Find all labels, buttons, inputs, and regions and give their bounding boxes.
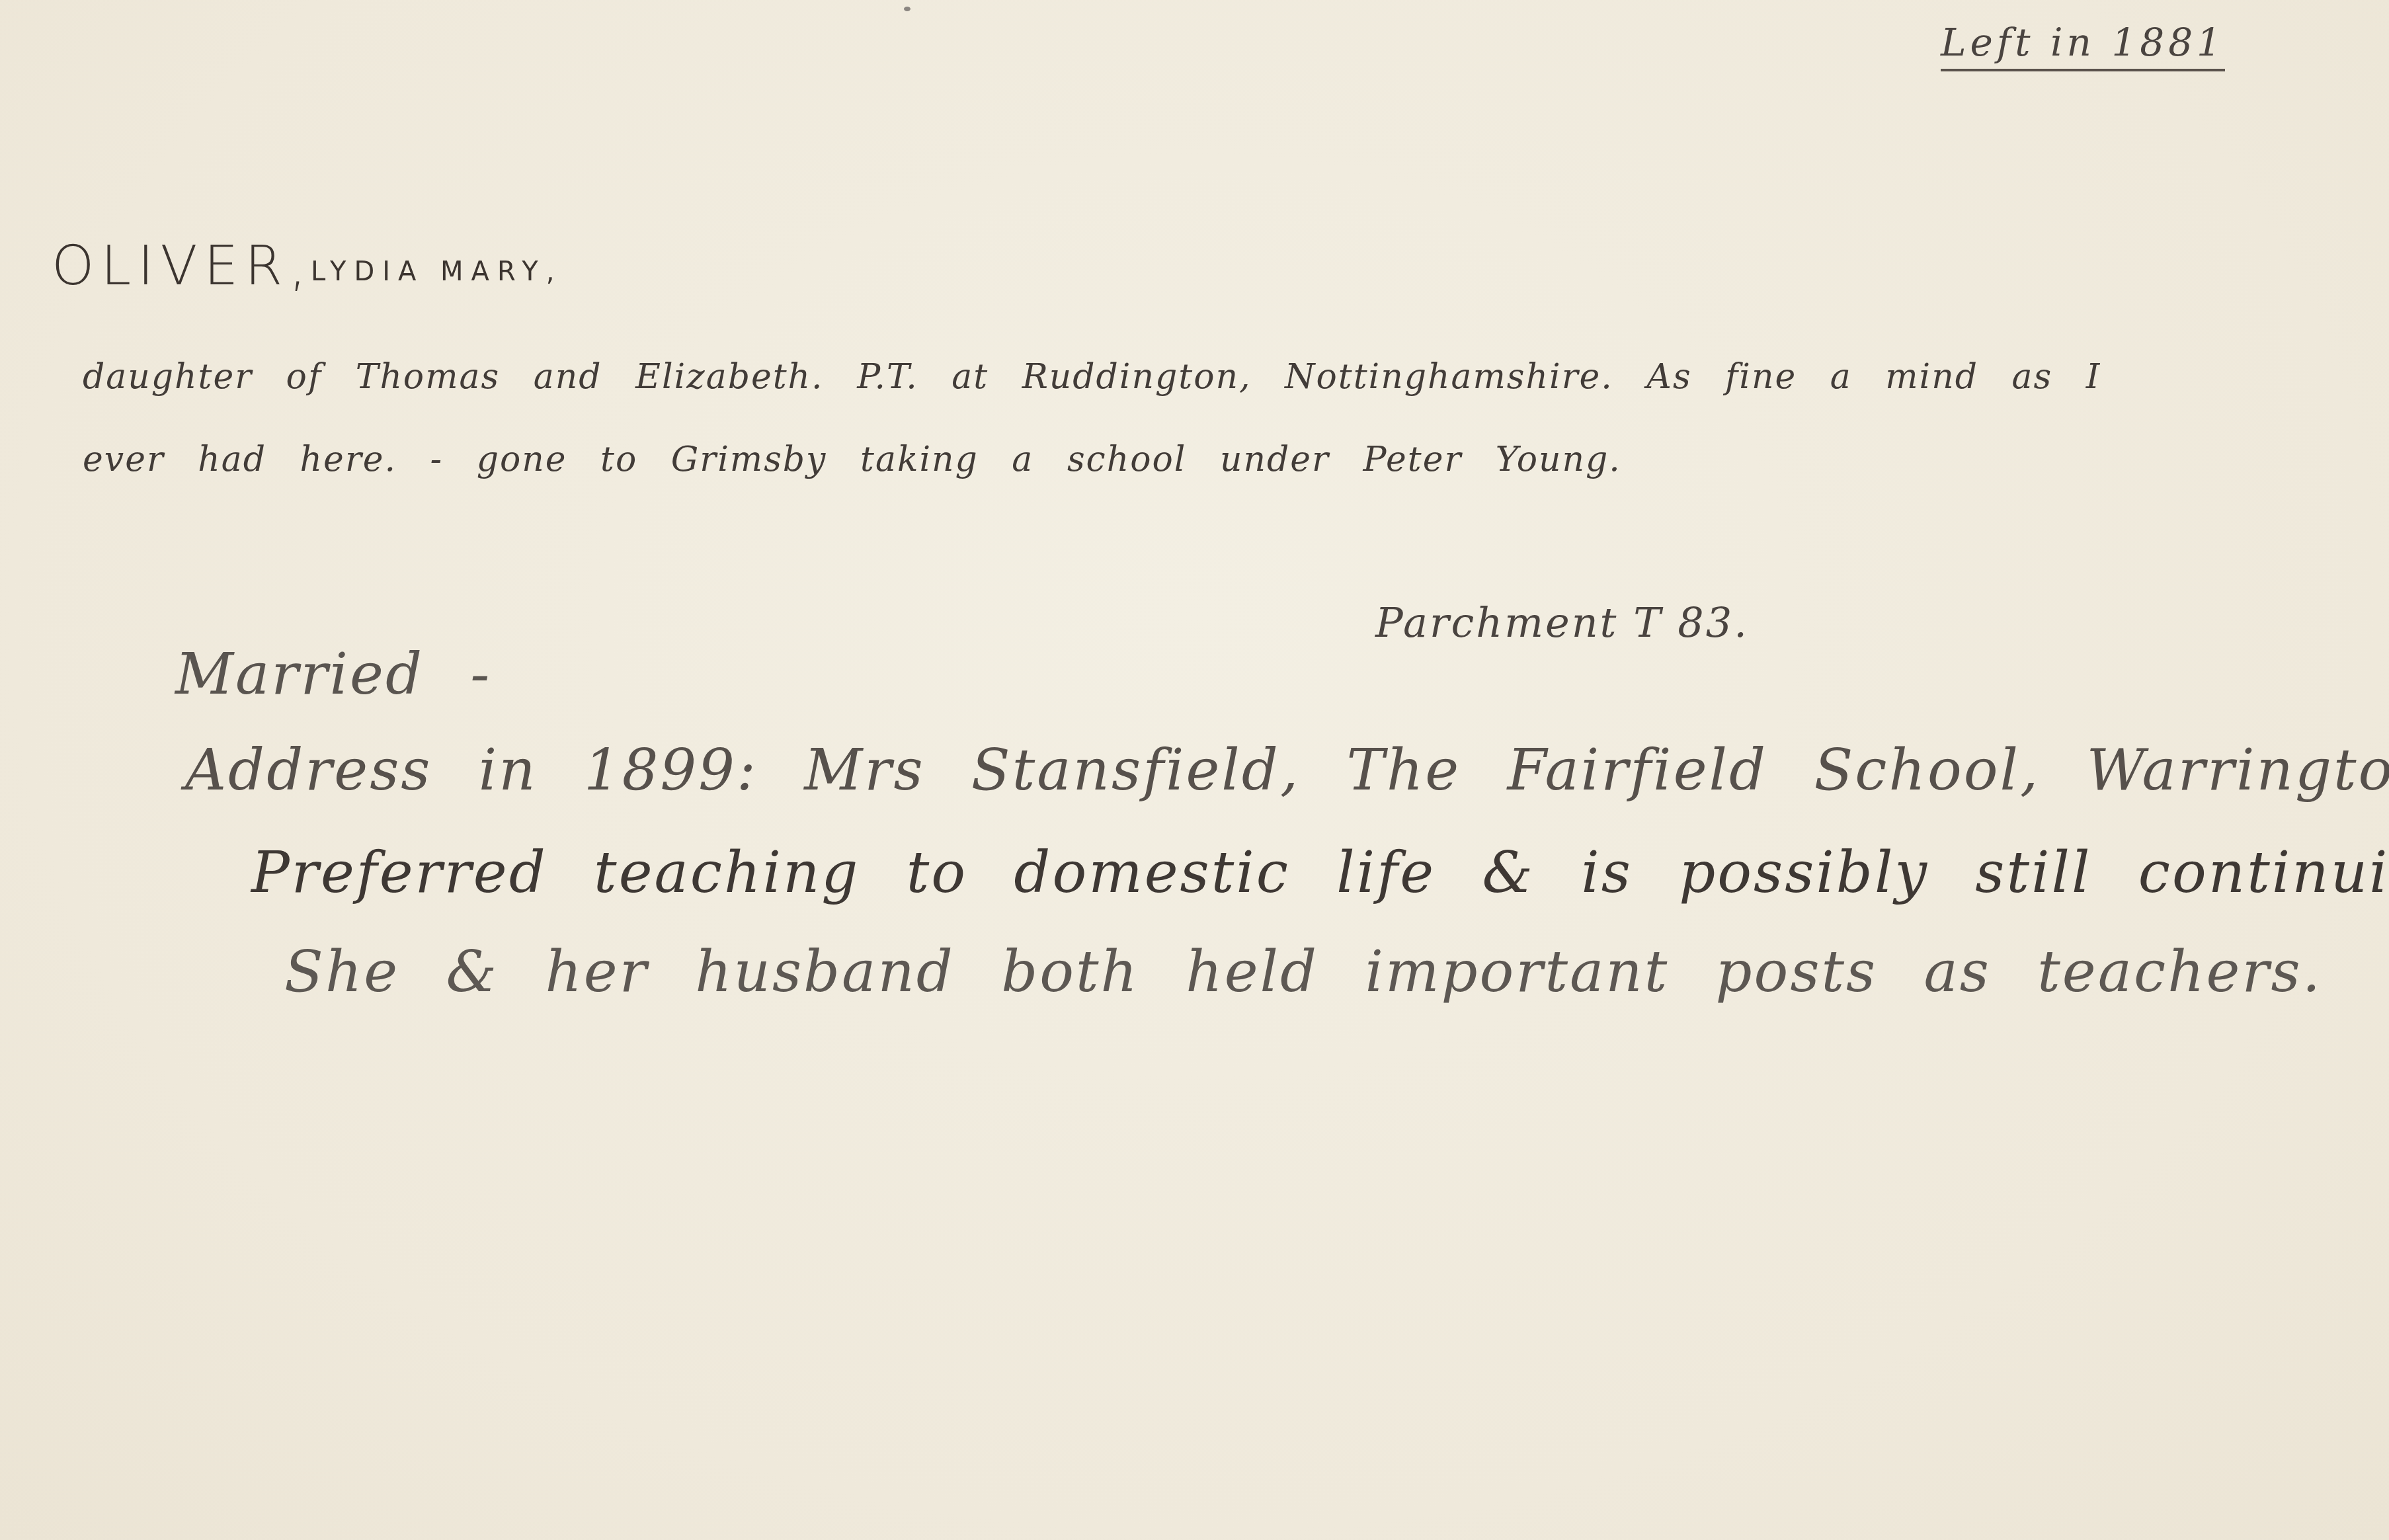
husband-note-line: She & her husband both held important po… <box>284 939 2322 1005</box>
teaching-note-line: Preferred teaching to domestic life & is… <box>251 840 2389 906</box>
left-date-note: Left in 1881 <box>1941 20 2225 71</box>
biography-line-2: ever had here. - gone to Grimsby taking … <box>83 440 1621 479</box>
entry-surname: OLIVER, <box>52 235 313 298</box>
entry-given-names: LYDIA MARY, <box>311 257 562 287</box>
married-note: Married - <box>175 641 491 708</box>
parchment-reference: Parchment T 83. <box>1375 598 1749 647</box>
paper-speck <box>904 7 911 11</box>
biography-line-1: daughter of Thomas and Elizabeth. P.T. a… <box>83 357 2101 397</box>
register-page: Left in 1881 OLIVER, LYDIA MARY, daughte… <box>0 0 2389 1540</box>
address-1899-line: Address in 1899: Mrs Stansfield, The Fai… <box>185 737 2389 803</box>
